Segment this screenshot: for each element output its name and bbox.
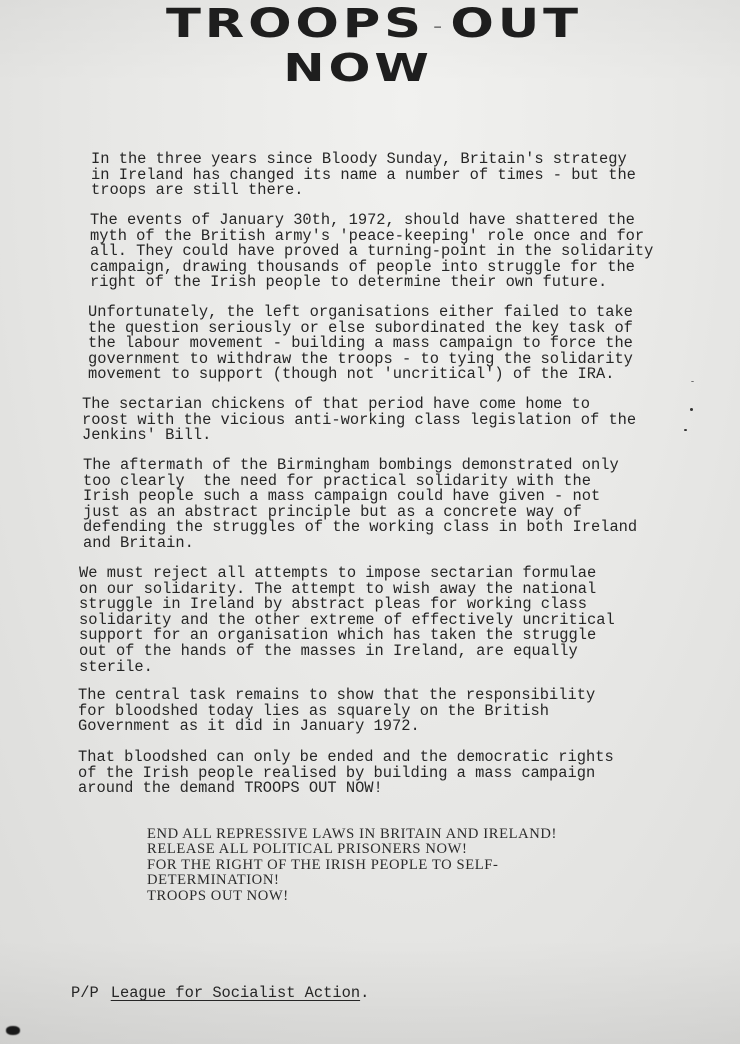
- headline-line-2: NOW: [0, 47, 740, 89]
- demand-item: END ALL REPRESSIVE LAWS IN BRITAIN AND I…: [147, 827, 557, 842]
- paragraph-line: around the demand TROOPS OUT NOW!: [78, 781, 614, 797]
- headline-word-troops: TROOPS: [166, 1, 425, 47]
- paragraph-5: The aftermath of the Birmingham bombings…: [83, 458, 637, 552]
- demand-item: TROOPS OUT NOW!: [147, 889, 557, 904]
- footer-period: .: [360, 984, 369, 1002]
- headline-word-out: OUT: [450, 1, 582, 47]
- paragraph-line: sterile.: [79, 660, 615, 676]
- paragraph-7: The central task remains to show that th…: [78, 688, 595, 735]
- paper-speck: [684, 429, 687, 431]
- demand-item: RELEASE ALL POLITICAL PRISONERS NOW!: [147, 842, 557, 857]
- paragraph-line: out of the hands of the masses in Irelan…: [79, 644, 615, 660]
- headline-dash: -: [425, 14, 451, 38]
- demand-item: FOR THE RIGHT OF THE IRISH PEOPLE TO SEL…: [147, 858, 557, 873]
- paragraph-8: That bloodshed can only be ended and the…: [78, 750, 614, 797]
- footer-prefix: P/P: [71, 984, 99, 1002]
- paragraph-1: In the three years since Bloody Sunday, …: [91, 152, 636, 199]
- paragraph-line: and Britain.: [83, 536, 637, 552]
- demands-list: END ALL REPRESSIVE LAWS IN BRITAIN AND I…: [147, 827, 557, 904]
- organisation-name: League for Socialist Action: [111, 984, 360, 1002]
- paragraph-line: Government as it did in January 1972.: [78, 719, 595, 735]
- paper-speck: [690, 408, 693, 411]
- ink-blot: [6, 1026, 20, 1035]
- paragraph-line: movement to support (though not 'uncriti…: [88, 367, 633, 383]
- paragraph-line: right of the Irish people to determine t…: [90, 275, 653, 291]
- paragraph-line: Jenkins' Bill.: [82, 428, 636, 444]
- paragraph-4: The sectarian chickens of that period ha…: [82, 397, 636, 444]
- headline-line-1: TROOPS - OUT: [0, 2, 740, 48]
- paragraph-6: We must reject all attempts to impose se…: [79, 566, 615, 675]
- demand-item: DETERMINATION!: [147, 873, 557, 888]
- publisher-footer: P/PLeague for Socialist Action.: [71, 985, 369, 1001]
- paragraph-2: The events of January 30th, 1972, should…: [90, 213, 653, 291]
- paper-speck: [691, 381, 694, 382]
- paragraph-3: Unfortunately, the left organisations ei…: [88, 305, 633, 383]
- paragraph-line: troops are still there.: [91, 183, 636, 199]
